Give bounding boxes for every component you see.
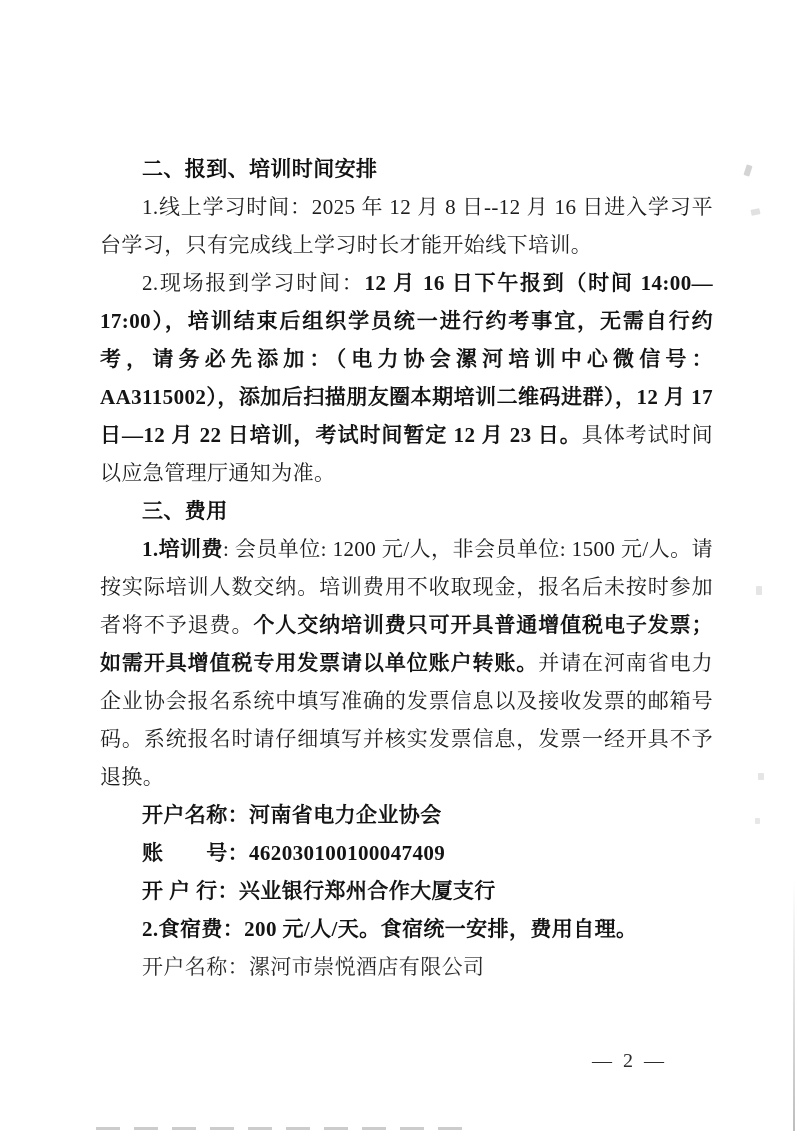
scan-bottom-artifact xyxy=(96,1127,468,1130)
scan-speck xyxy=(756,586,762,595)
account-number-label: 账 号： xyxy=(142,841,249,865)
scan-speck xyxy=(743,164,752,176)
line-hotel-account-name: 开户名称：漯河市崇悦酒店有限公司 xyxy=(100,948,713,986)
section-fees-heading: 三、费用 xyxy=(100,492,713,530)
scanned-document-page: 二、报到、培训时间安排 1.线上学习时间：2025 年 12 月 8 日--12… xyxy=(0,0,800,1131)
para-onsite-checkin-bold: 12 月 16 日下午报到（时间 14:00—17:00），培训结束后组织学员统… xyxy=(100,271,713,447)
line-account-number: 账 号：462030100100047409 xyxy=(100,834,713,872)
para-online-study-time: 1.线上学习时间：2025 年 12 月 8 日--12 月 16 日进入学习平… xyxy=(100,188,713,264)
account-number-value: 462030100100047409 xyxy=(249,841,445,865)
scan-speck xyxy=(750,208,760,216)
hotel-account-value: 漯河市崇悦酒店有限公司 xyxy=(249,955,484,979)
scan-speck xyxy=(755,818,760,824)
account-name-value: 河南省电力企业协会 xyxy=(249,803,442,827)
hotel-account-label: 开户名称： xyxy=(142,955,249,979)
bank-value: 兴业银行郑州合作大厦支行 xyxy=(239,879,496,903)
para-board-fee: 2.食宿费：200 元/人/天。食宿统一安排，费用自理。 xyxy=(100,910,713,948)
page-number: — 2 — xyxy=(592,1050,667,1073)
scan-speck xyxy=(758,773,764,780)
line-bank-branch: 开 户 行：兴业银行郑州合作大厦支行 xyxy=(100,872,713,910)
section-schedule-heading: 二、报到、培训时间安排 xyxy=(100,150,713,188)
para-training-fee: 1.培训费: 会员单位: 1200 元/人，非会员单位: 1500 元/人。请按… xyxy=(100,530,713,796)
bank-label: 开 户 行： xyxy=(142,879,239,903)
scan-edge-line xyxy=(793,880,795,1131)
para-onsite-checkin: 2.现场报到学习时间：12 月 16 日下午报到（时间 14:00—17:00）… xyxy=(100,264,713,492)
document-body: 二、报到、培训时间安排 1.线上学习时间：2025 年 12 月 8 日--12… xyxy=(100,150,713,986)
training-fee-label: 1.培训费 xyxy=(142,537,223,561)
account-name-label: 开户名称： xyxy=(142,803,249,827)
line-account-name: 开户名称：河南省电力企业协会 xyxy=(100,796,713,834)
para-onsite-checkin-prefix: 2.现场报到学习时间： xyxy=(142,271,364,295)
